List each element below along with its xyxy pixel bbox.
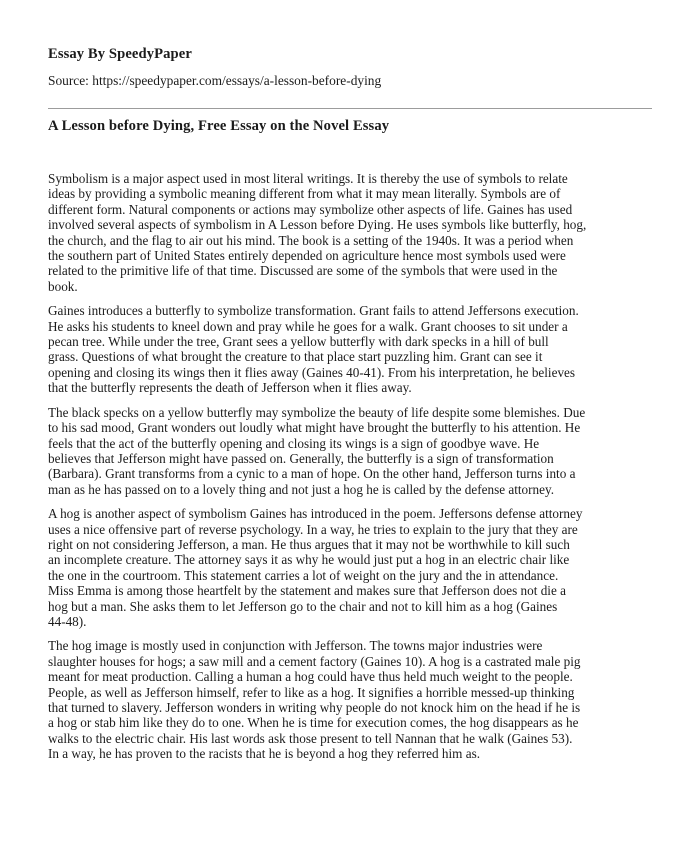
essay-title: A Lesson before Dying, Free Essay on the… — [48, 119, 656, 134]
source-line: Source: https://speedypaper.com/essays/a… — [48, 73, 656, 88]
essay-paragraph: Symbolism is a major aspect used in most… — [48, 171, 656, 294]
document-page: Essay By SpeedyPaper Source: https://spe… — [0, 0, 700, 850]
essay-paragraph: The black specks on a yellow butterfly m… — [48, 405, 656, 497]
essay-paragraph: The hog image is mostly used in conjunct… — [48, 638, 656, 761]
essay-paragraph: A hog is another aspect of symbolism Gai… — [48, 506, 656, 629]
divider — [48, 108, 652, 109]
byline: Essay By SpeedyPaper — [48, 47, 656, 62]
essay-paragraph: Gaines introduces a butterfly to symboli… — [48, 303, 656, 395]
